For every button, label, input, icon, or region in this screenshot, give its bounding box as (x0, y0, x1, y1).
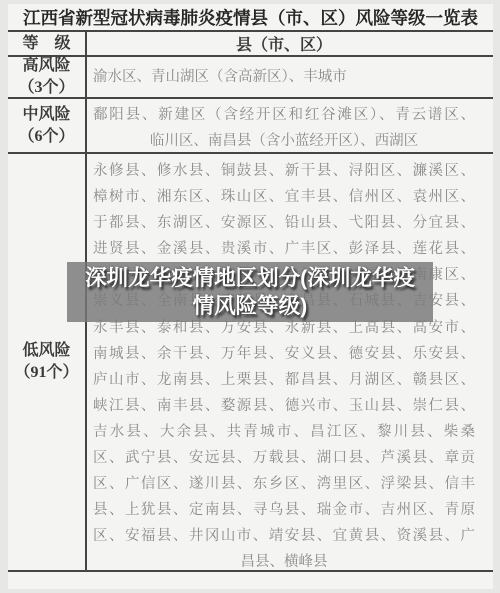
region-line: 区、武宁县、安远县、万载县、湖口县、芦溪县、章贡 (93, 445, 475, 471)
high-risk-row: 高风险 （3个） 渝水区、青山湖区（含高新区）、丰城市 (8, 57, 493, 99)
low-risk-regions-cell: 永修县、修水县、铜鼓县、新干县、浔阳区、濂溪区、樟树市、湘东区、珠山区、宜丰县、… (87, 154, 493, 570)
region-line: 渝水区、青山湖区（含高新区）、丰城市 (93, 64, 475, 90)
risk-level-label: 中风险 (22, 104, 70, 126)
region-line: 永修县、修水县、铜鼓县、新干县、浔阳区、濂溪区、 (93, 158, 475, 184)
regions-column-header: 县（市、区） (87, 32, 493, 55)
high-risk-regions-cell: 渝水区、青山湖区（含高新区）、丰城市 (87, 57, 493, 97)
region-line: 区、广信区、遂川县、东乡区、湾里区、浮梁县、信丰 (93, 471, 475, 497)
low-risk-label-cell: 低风险 （91个） (8, 154, 87, 570)
level-column-header: 等 级 (8, 32, 87, 55)
watermark-line: 情风险等级) (193, 292, 308, 320)
risk-count-label: （3个） (18, 77, 74, 99)
medium-risk-label-cell: 中风险 （6个） (8, 99, 87, 152)
region-line: 区、安福县、井冈山市、靖安县、宜黄县、资溪县、广 (93, 523, 475, 549)
high-risk-region-lines: 渝水区、青山湖区（含高新区）、丰城市 (93, 64, 475, 90)
region-line: 鄱阳县、新建区（含经开区和红谷滩区）、青云谱区、 (93, 102, 475, 128)
medium-risk-regions-cell: 鄱阳县、新建区（含经开区和红谷滩区）、青云谱区、临川区、南昌县（含小蓝经开区）、… (87, 99, 493, 152)
region-line: 昌县、横峰县 (93, 549, 475, 575)
low-risk-region-lines: 永修县、修水县、铜鼓县、新干县、浔阳区、濂溪区、樟树市、湘东区、珠山区、宜丰县、… (93, 158, 475, 576)
watermark-line: 深圳龙华疫情地区划分(深圳龙华疫 (85, 264, 415, 292)
region-line: 峡江县、南丰县、婺源县、德兴市、玉山县、崇仁县、 (93, 393, 475, 419)
risk-count-label: （91个） (14, 362, 78, 384)
page-title: 江西省新型冠状病毒肺炎疫情县（市、区）风险等级一览表 (8, 4, 493, 30)
region-line: 临川区、南昌县（含小蓝经开区）、西湖区 (93, 128, 475, 154)
high-risk-label-cell: 高风险 （3个） (8, 57, 87, 97)
risk-table-page: 江西省新型冠状病毒肺炎疫情县（市、区）风险等级一览表 等 级 县（市、区） 高风… (0, 0, 500, 593)
region-line: 吉水县、大余县、共青城市、昌江区、黎川县、柴桑 (93, 419, 475, 445)
region-line: 于都县、东湖区、安源区、铅山县、弋阳县、分宜县、 (93, 210, 475, 236)
region-line: 樟树市、湘东区、珠山区、宜丰县、信州区、袁州区、 (93, 184, 475, 210)
watermark-overlay: 深圳龙华疫情地区划分(深圳龙华疫情风险等级) (67, 262, 433, 322)
region-line: 南城县、余干县、万年县、安义县、德安县、乐安县、 (93, 341, 475, 367)
region-line: 庐山市、龙南县、上栗县、都昌县、月湖区、赣县区、 (93, 367, 475, 393)
header-row: 等 级 县（市、区） (8, 32, 493, 57)
region-line: 县、上犹县、定南县、寻乌县、瑞金市、吉州区、青原 (93, 497, 475, 523)
risk-level-label: 低风险 (22, 340, 70, 362)
region-line: 进贤县、金溪县、贵溪市、广丰区、彭泽县、莲花县、 (93, 236, 475, 262)
low-risk-row: 低风险 （91个） 永修县、修水县、铜鼓县、新干县、浔阳区、濂溪区、樟树市、湘东… (8, 154, 493, 572)
risk-level-label: 高风险 (22, 55, 70, 77)
medium-risk-region-lines: 鄱阳县、新建区（含经开区和红谷滩区）、青云谱区、临川区、南昌县（含小蓝经开区）、… (93, 102, 475, 154)
medium-risk-row: 中风险 （6个） 鄱阳县、新建区（含经开区和红谷滩区）、青云谱区、临川区、南昌县… (8, 99, 493, 154)
risk-count-label: （6个） (18, 126, 74, 148)
